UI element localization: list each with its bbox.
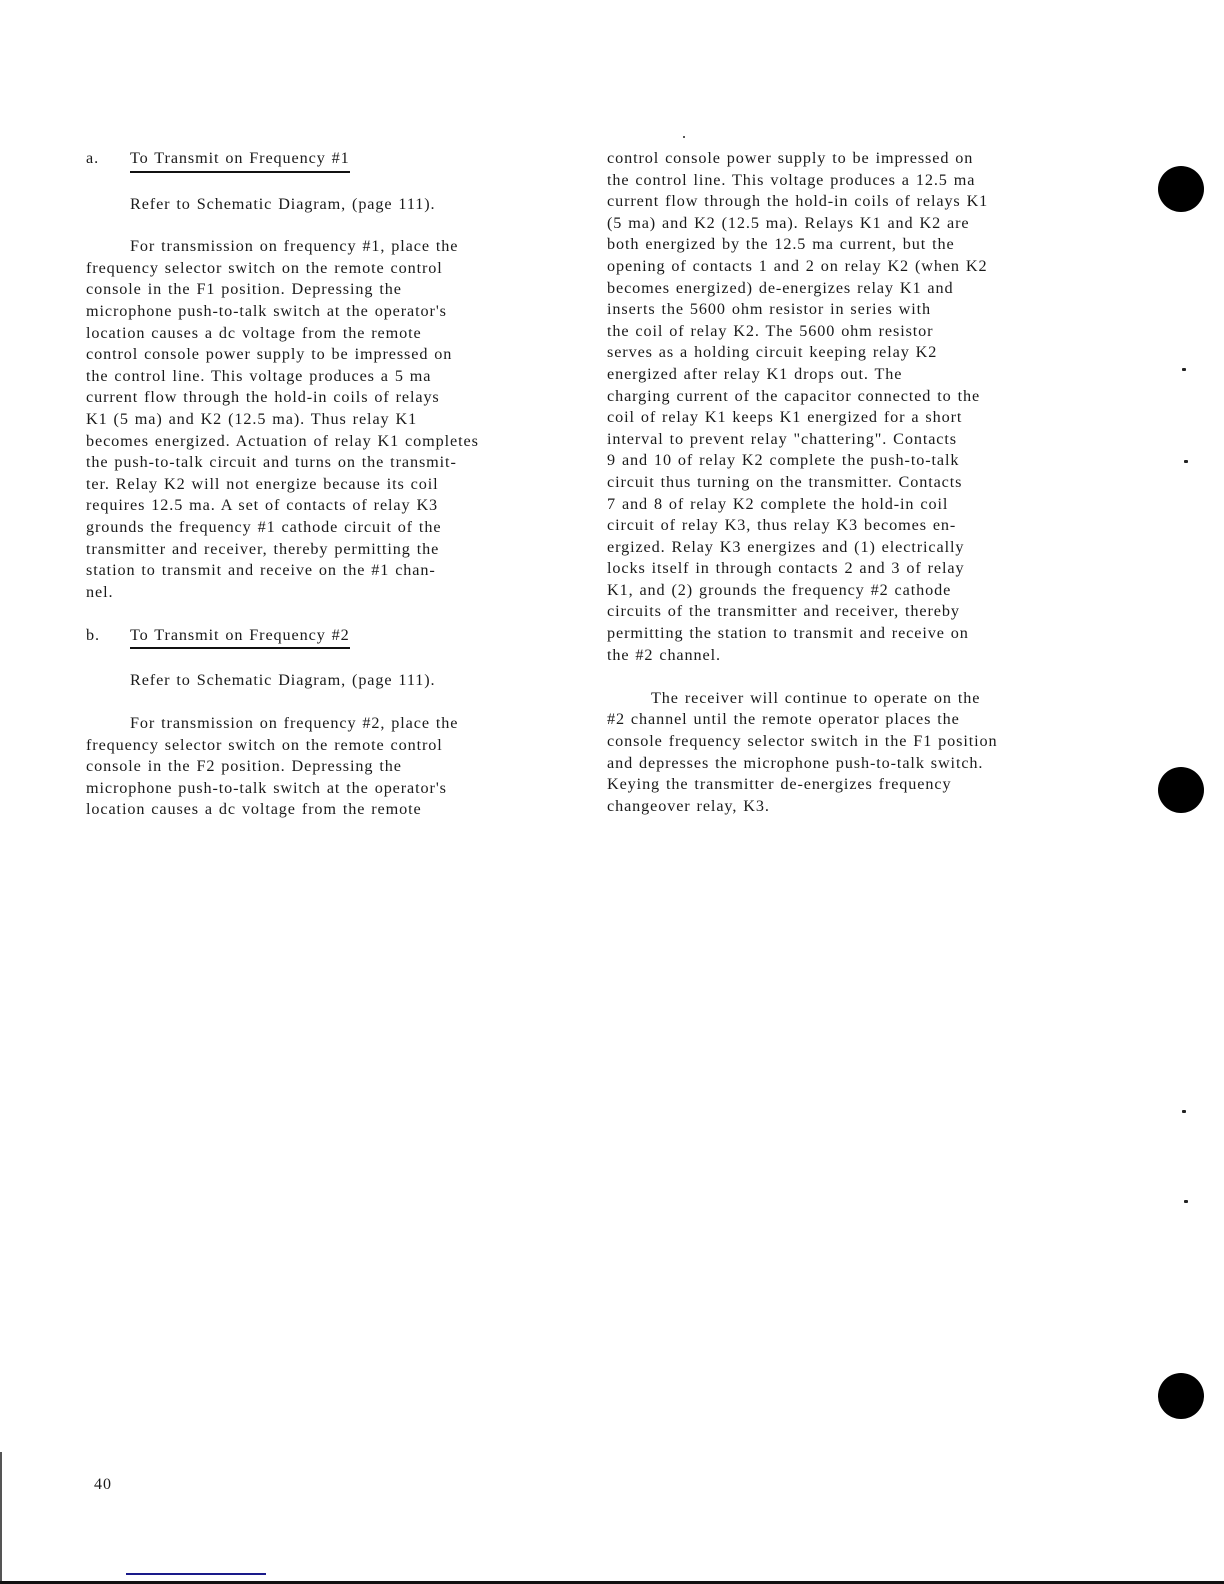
text-line: Keying the transmitter de-energizes freq… xyxy=(607,774,1101,796)
text-line: console in the F1 position. Depressing t… xyxy=(86,279,580,301)
text-line: energized after relay K1 drops out. The xyxy=(607,364,1101,386)
scan-edge xyxy=(0,1452,2,1584)
text-line: becomes energized. Actuation of relay K1… xyxy=(86,431,580,453)
text-line: circuits of the transmitter and receiver… xyxy=(607,601,1101,623)
text-line: nel. xyxy=(86,582,580,604)
scan-speck xyxy=(1182,368,1186,371)
text-line: opening of contacts 1 and 2 on relay K2 … xyxy=(607,256,1101,278)
section-a-refer: Refer to Schematic Diagram, (page 111). xyxy=(86,194,580,216)
text-line: K1 (5 ma) and K2 (12.5 ma). Thus relay K… xyxy=(86,409,580,431)
text-line: 9 and 10 of relay K2 complete the push-t… xyxy=(607,450,1101,472)
text-line: (5 ma) and K2 (12.5 ma). Relays K1 and K… xyxy=(607,213,1101,235)
text-line: For transmission on frequency #2, place … xyxy=(86,713,580,735)
text-line: transmitter and receiver, thereby permit… xyxy=(86,539,580,561)
text-line: becomes energized) de-energizes relay K1… xyxy=(607,278,1101,300)
text-line: current flow through the hold-in coils o… xyxy=(607,191,1101,213)
text-line: For transmission on frequency #1, place … xyxy=(86,236,580,258)
text-line: the push-to-talk circuit and turns on th… xyxy=(86,452,580,474)
text-line: inserts the 5600 ohm resistor in series … xyxy=(607,299,1101,321)
section-a-letter: a. xyxy=(86,148,130,170)
text-line: both energized by the 12.5 ma current, b… xyxy=(607,234,1101,256)
text-line: microphone push-to-talk switch at the op… xyxy=(86,301,580,323)
section-b-title: To Transmit on Frequency #2 xyxy=(130,625,350,650)
text-line: control console power supply to be impre… xyxy=(86,344,580,366)
text-line: circuit thus turning on the transmitter.… xyxy=(607,472,1101,494)
text-line: circuit of relay K3, thus relay K3 becom… xyxy=(607,515,1101,537)
text-line: ergized. Relay K3 energizes and (1) elec… xyxy=(607,537,1101,559)
left-column: a.To Transmit on Frequency #1 Refer to S… xyxy=(86,148,580,843)
section-b-body-right: control console power supply to be impre… xyxy=(607,148,1101,666)
text-line: interval to prevent relay "chattering". … xyxy=(607,429,1101,451)
text-line: grounds the frequency #1 cathode circuit… xyxy=(86,517,580,539)
text-line: changeover relay, K3. xyxy=(607,796,1101,818)
text-line: requires 12.5 ma. A set of contacts of r… xyxy=(86,495,580,517)
text-line: the control line. This voltage produces … xyxy=(607,170,1101,192)
text-line: console in the F2 position. Depressing t… xyxy=(86,756,580,778)
text-line: and depresses the microphone push-to-tal… xyxy=(607,753,1101,775)
text-line: ter. Relay K2 will not energize because … xyxy=(86,474,580,496)
text-line: frequency selector switch on the remote … xyxy=(86,735,580,757)
text-line: location causes a dc voltage from the re… xyxy=(86,323,580,345)
page-number: 40 xyxy=(94,1476,112,1494)
text-line: serves as a holding circuit keeping rela… xyxy=(607,342,1101,364)
section-b-letter: b. xyxy=(86,625,130,647)
text-line: permitting the station to transmit and r… xyxy=(607,623,1101,645)
section-b-refer: Refer to Schematic Diagram, (page 111). xyxy=(86,670,580,692)
text-line: console frequency selector switch in the… xyxy=(607,731,1101,753)
section-a-body: For transmission on frequency #1, place … xyxy=(86,236,580,603)
text-line: control console power supply to be impre… xyxy=(607,148,1101,170)
text-line: 7 and 8 of relay K2 complete the hold-in… xyxy=(607,494,1101,516)
text-line: station to transmit and receive on the #… xyxy=(86,560,580,582)
text-line: current flow through the hold-in coils o… xyxy=(86,387,580,409)
punch-hole-icon xyxy=(1158,767,1204,813)
text-line: frequency selector switch on the remote … xyxy=(86,258,580,280)
section-b-heading: b.To Transmit on Frequency #2 xyxy=(86,625,580,650)
scan-blue-line xyxy=(126,1573,266,1575)
section-b-body-left: For transmission on frequency #2, place … xyxy=(86,713,580,821)
text-line: The receiver will continue to operate on… xyxy=(607,688,1101,710)
scan-speck xyxy=(1184,460,1188,463)
section-a-title: To Transmit on Frequency #1 xyxy=(130,148,350,173)
text-line: charging current of the capacitor connec… xyxy=(607,386,1101,408)
section-a-heading: a.To Transmit on Frequency #1 xyxy=(86,148,580,173)
text-line: #2 channel until the remote operator pla… xyxy=(607,709,1101,731)
punch-hole-icon xyxy=(1158,166,1204,212)
text-line: the coil of relay K2. The 5600 ohm resis… xyxy=(607,321,1101,343)
scan-speck xyxy=(1184,1200,1188,1203)
closing-paragraph: The receiver will continue to operate on… xyxy=(607,688,1101,818)
punch-hole-icon xyxy=(1158,1373,1204,1419)
scan-speck xyxy=(683,136,685,138)
text-line: coil of relay K1 keeps K1 energized for … xyxy=(607,407,1101,429)
text-line: microphone push-to-talk switch at the op… xyxy=(86,778,580,800)
text-line: K1, and (2) grounds the frequency #2 cat… xyxy=(607,580,1101,602)
text-line: the #2 channel. xyxy=(607,645,1101,667)
scan-speck xyxy=(1182,1110,1186,1113)
text-line: locks itself in through contacts 2 and 3… xyxy=(607,558,1101,580)
text-line: location causes a dc voltage from the re… xyxy=(86,799,580,821)
text-line: the control line. This voltage produces … xyxy=(86,366,580,388)
right-column: control console power supply to be impre… xyxy=(607,148,1101,839)
